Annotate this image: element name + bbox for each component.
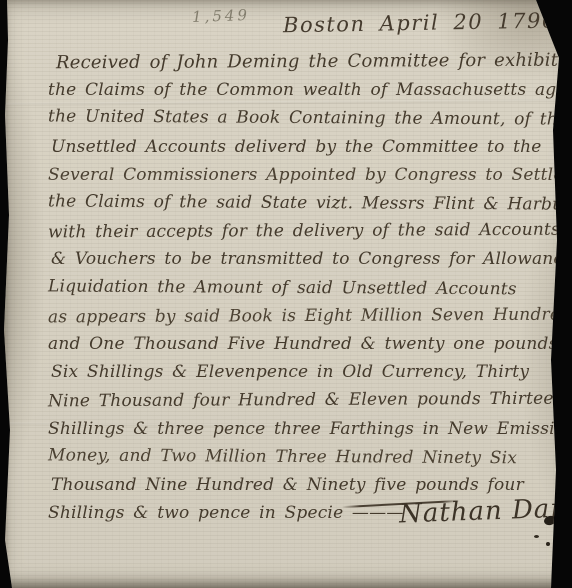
manuscript-line: Thousand Nine Hundred & Ninety five poun… xyxy=(51,471,565,499)
catalog-number: 1,549 xyxy=(192,6,251,26)
manuscript-line: and One Thousand Five Hundred & twenty o… xyxy=(48,330,562,358)
manuscript-line: & Vouchers to be transmitted to Congress… xyxy=(51,245,565,273)
dateline: Boston April 20 1790 xyxy=(283,9,543,38)
manuscript-line: Received of John Deming the Committee fo… xyxy=(48,47,562,78)
manuscript-line: Unsettled Accounts deliverd by the Commi… xyxy=(51,133,565,161)
manuscript-line: Nine Thousand four Hundred & Eleven poun… xyxy=(48,385,562,416)
paper-sheet: 1,549 Boston April 20 1790 Received of J… xyxy=(0,0,572,588)
manuscript-line: the Claims of the Common wealth of Massa… xyxy=(48,76,562,104)
manuscript-line: Liquidation the Amount of said Unsettled… xyxy=(48,272,562,303)
manuscript-body: Received of John Deming the Committee fo… xyxy=(48,48,562,527)
manuscript-line: Money, and Two Million Three Hundred Nin… xyxy=(48,441,562,472)
ink-dot xyxy=(546,542,550,546)
manuscript-line: with their accepts for the delivery of t… xyxy=(48,216,562,247)
manuscript-line: the Claims of the said State vizt. Messr… xyxy=(48,187,562,218)
manuscript-line: Shillings & three pence three Farthings … xyxy=(48,415,562,443)
manuscript-line: as appears by said Book is Eight Million… xyxy=(48,300,562,331)
manuscript-line: the United States a Book Containing the … xyxy=(48,103,562,134)
manuscript-scan: 1,549 Boston April 20 1790 Received of J… xyxy=(0,0,572,588)
manuscript-line: Several Commissioners Appointed by Congr… xyxy=(48,161,562,189)
ink-dot xyxy=(534,535,539,538)
manuscript-line: Six Shillings & Elevenpence in Old Curre… xyxy=(51,358,565,386)
